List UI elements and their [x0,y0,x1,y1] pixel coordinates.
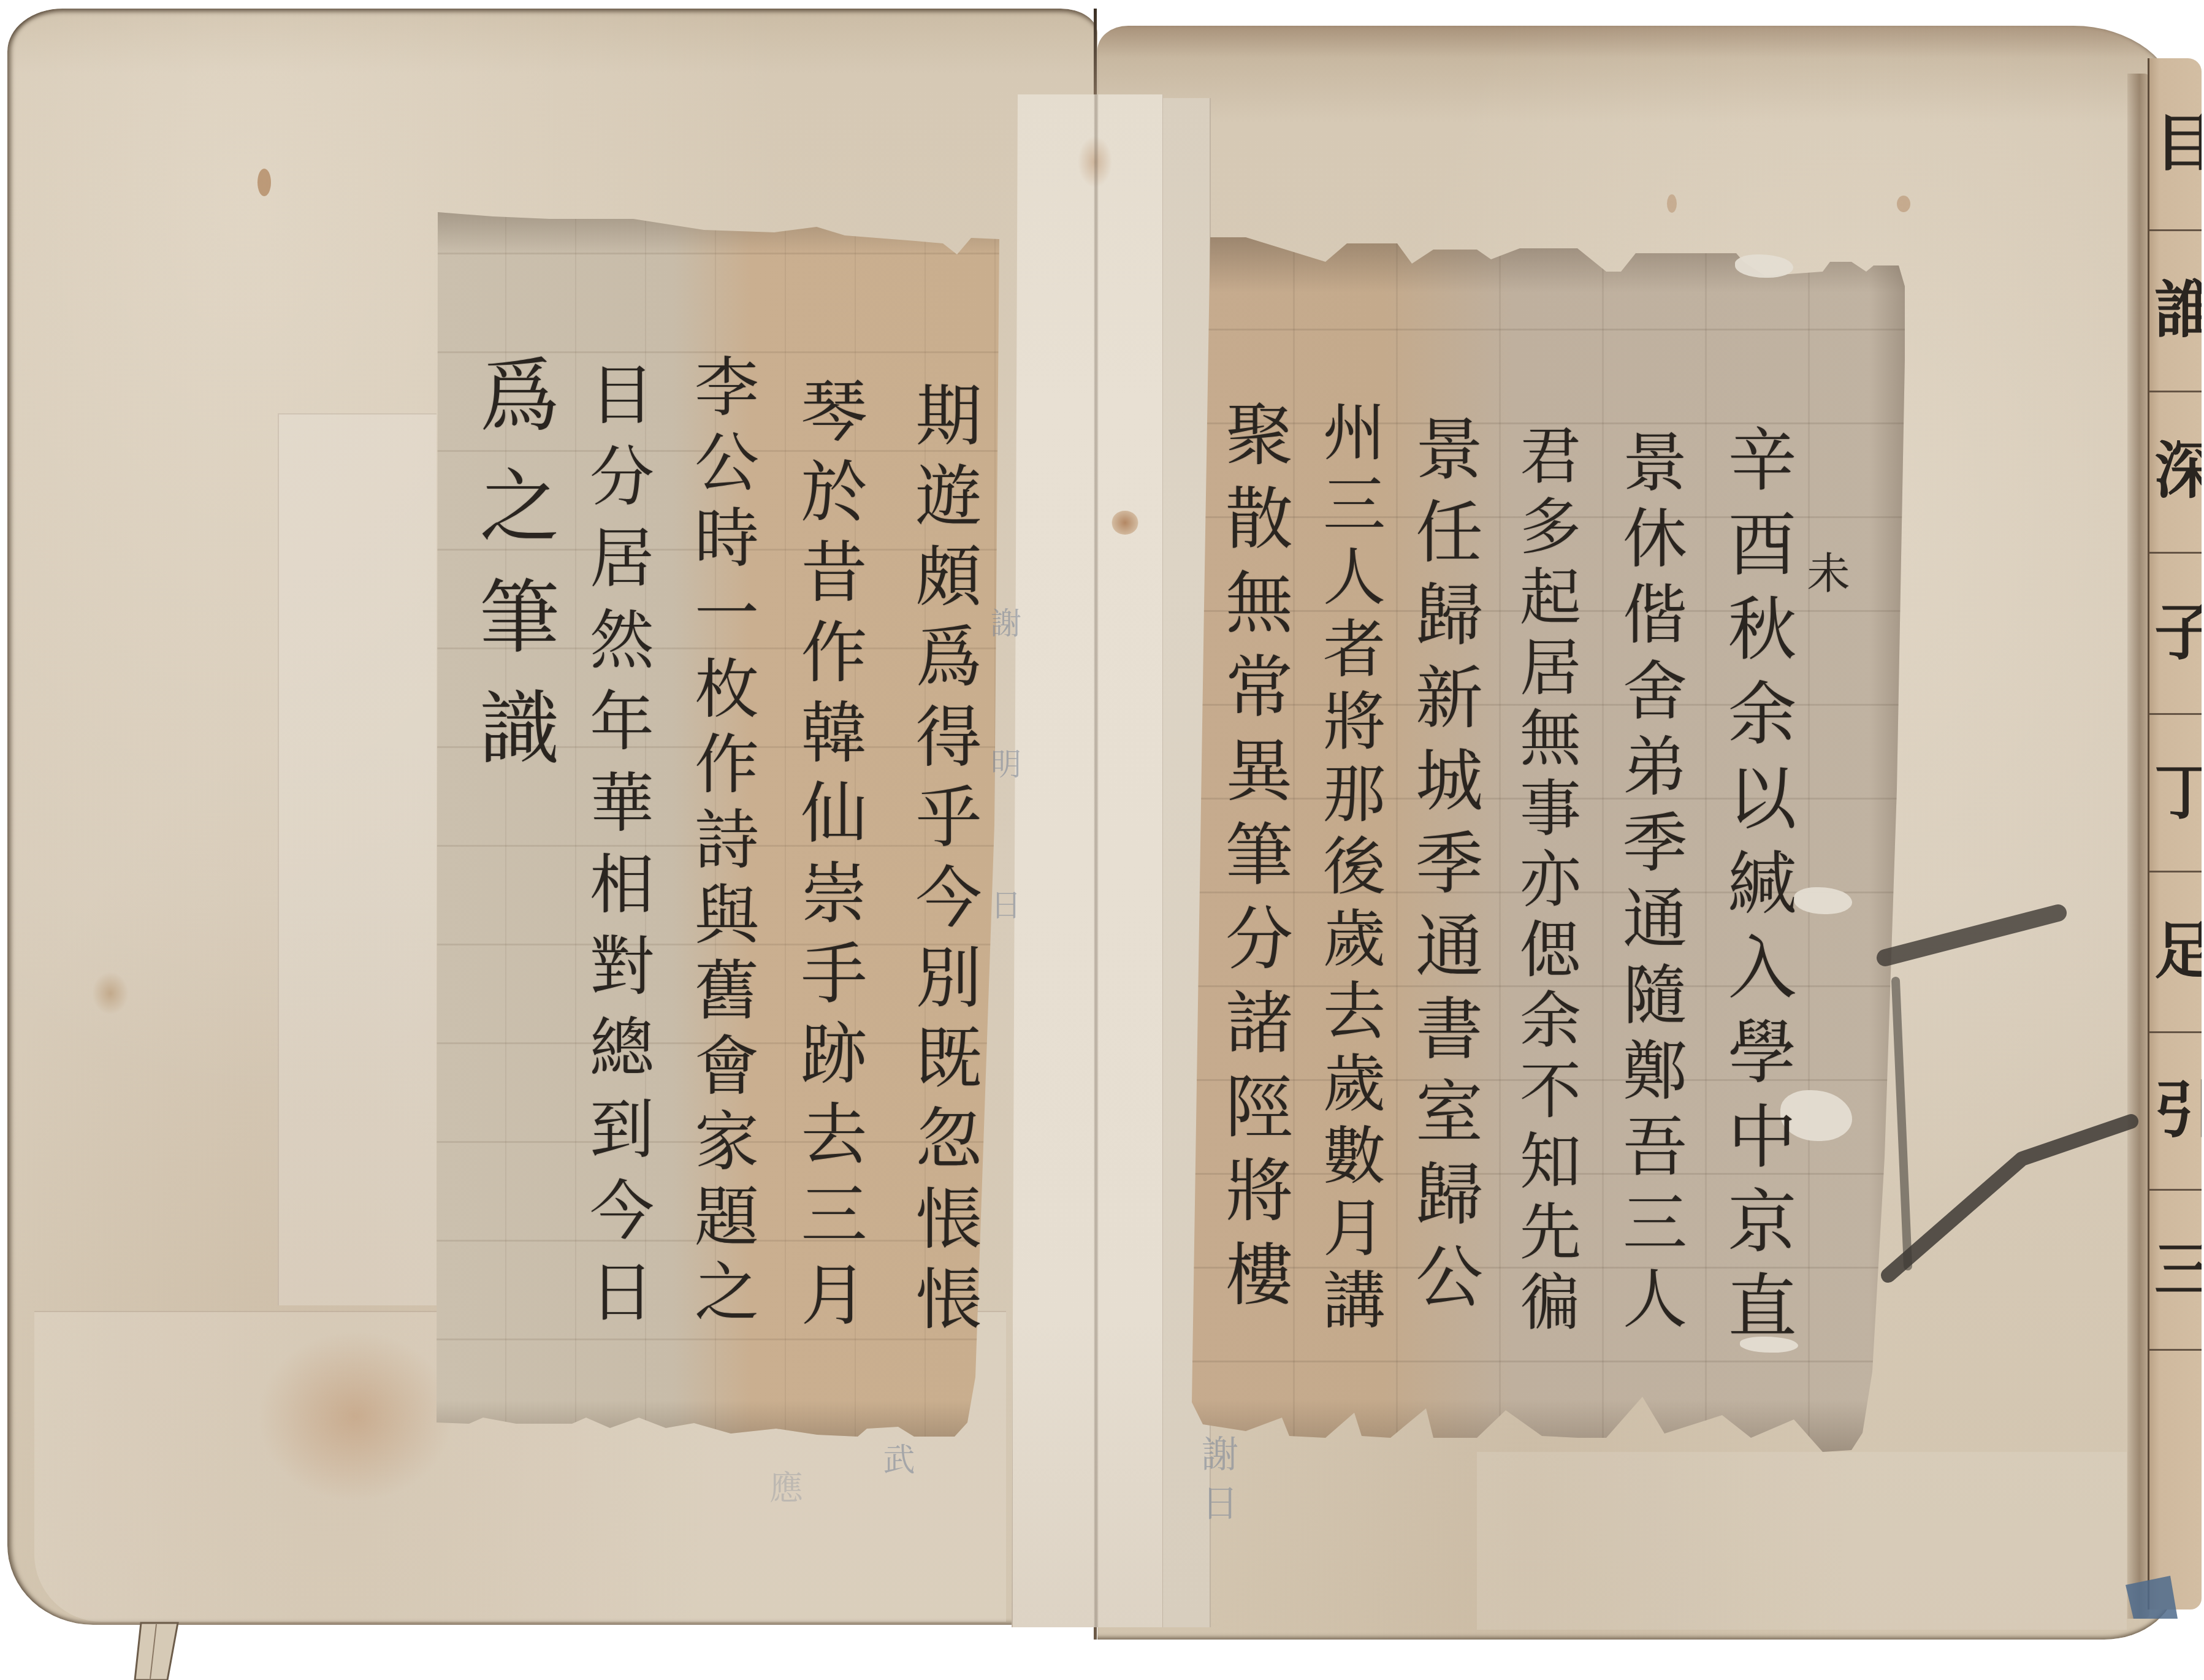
faint-mark: 謝日 [1199,1435,1235,1533]
water-stain [257,1331,454,1502]
fore-edge-divider [2149,1031,2202,1033]
fore-edge-divider [2149,871,2202,872]
foxing-spot [1897,196,1910,212]
fore-edge-divider [2149,1349,2202,1351]
fore-edge-label: 深 [2154,440,2202,501]
fore-edge-label: 三 [2154,1239,2202,1300]
faint-mark: 武 [880,1443,912,1475]
fore-edge-divider [2149,552,2202,554]
fore-edge-divider [2149,1189,2202,1191]
fore-edge-divider [2149,229,2202,231]
calligraphy-column: 景休偕舍弟季通隨鄭吾三人 [1617,429,1682,1341]
calligraphy-column-signature: 爲之筆識 [473,353,553,797]
fore-edge-divider [2149,713,2202,715]
water-stain [92,972,129,1015]
repair-patch [278,413,437,1305]
gutter-repair-strip [1012,94,1164,1627]
gutter-crease [1094,9,1097,97]
calligraphy-column: 期遊頗爲得乎今別既忽悵悵 [909,381,975,1345]
repair-patch [1477,1452,2127,1630]
calligraphy-column: 李公時一枚作詩與舊會家題之 [689,353,753,1334]
calligraphy-column: 辛酉秋余以緘入學中京直 [1722,424,1791,1354]
fore-edge-label: 子 [2154,601,2202,663]
calligraphy-column: 君多起居無事亦偲余不知先徧 [1514,424,1576,1340]
fore-edge-label: 引 [2154,1079,2202,1140]
calligraphy-column: 州三人者將那後歲去歲數月講 [1317,399,1380,1340]
binding-tie-string [132,1622,181,1680]
fore-edge-label: 目 [2154,112,2202,174]
fore-edge-strip: 目 誰 深 子 丁 足 引 三 [2148,58,2202,1609]
foxing-spot [257,169,271,196]
page-edge-stack [2127,74,2149,1619]
calligraphy-column: 景任歸新城季通書室歸公 [1410,414,1478,1324]
fore-edge-label: 誰 [2154,279,2202,340]
fore-edge-label: 丁 [2154,761,2202,822]
foxing-spot [1667,194,1677,213]
faint-show-through-text: 謝明日 [988,607,1019,1030]
foxing-spot [1112,511,1138,535]
faint-mark: 應 [766,1470,800,1503]
calligraphy-column: 聚散無常異筆分諸陘將樓 [1220,399,1287,1323]
calligraphy-column: 琴於昔作韓仙崇手跡去三月 [795,376,861,1340]
calligraphy-annotation: 未 [1804,551,1847,594]
fore-edge-label: 足 [2154,920,2202,982]
calligraphy-column: 目分居然年華相對總到今日 [584,361,649,1340]
fore-edge-divider [2149,391,2202,392]
